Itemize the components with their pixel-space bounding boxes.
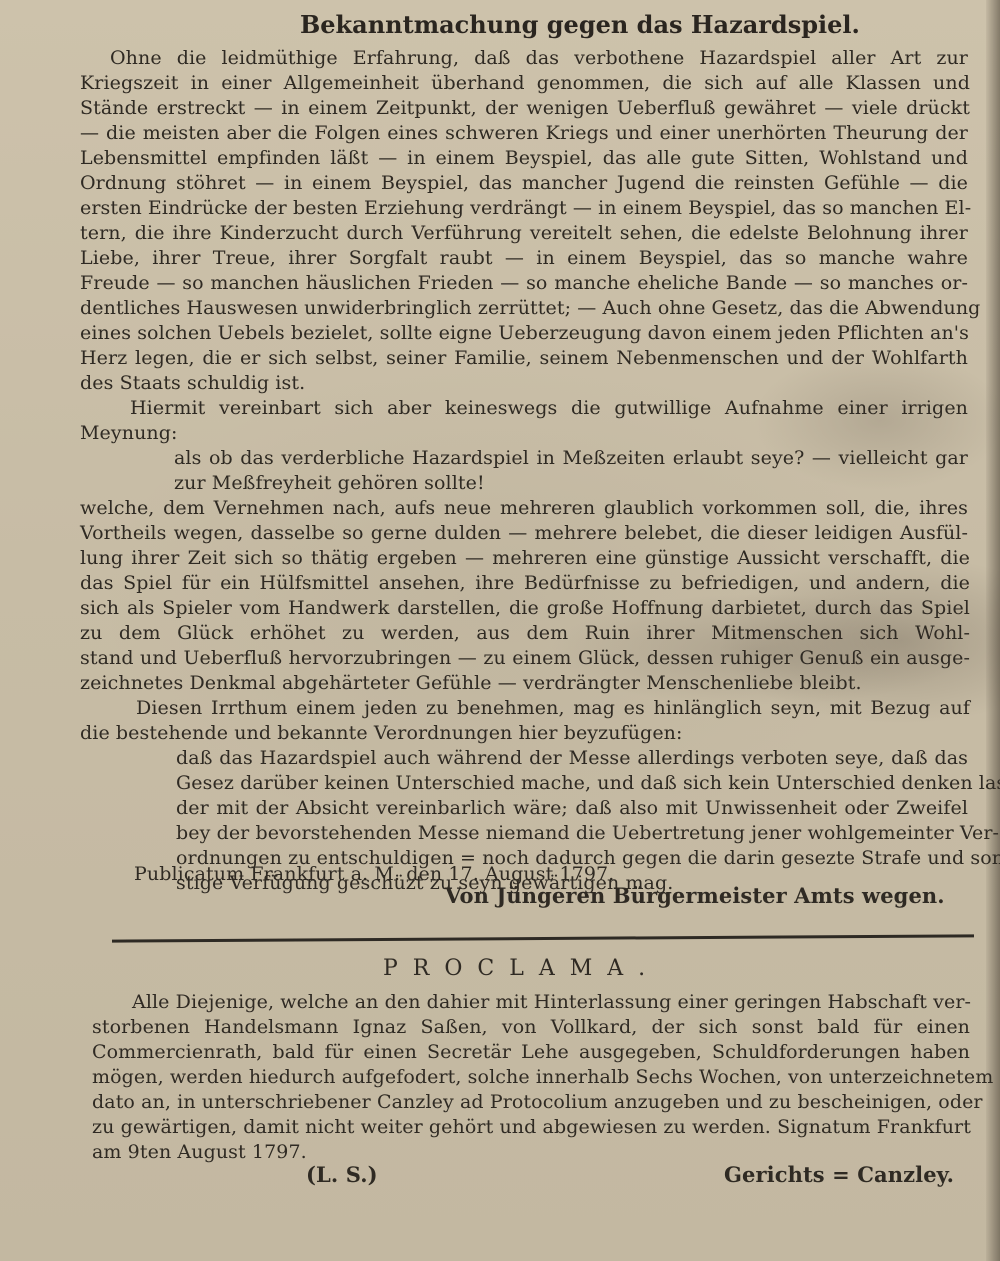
notice-line: Diesen Irrthum einem jeden zu benehmen, … [136, 696, 970, 720]
notice-line: tern, die ihre Kinderzucht durch Verführ… [80, 221, 968, 245]
notice-line: eines solchen Uebels bezielet, sollte ei… [80, 321, 968, 345]
notice-quote-line: bey der bevorstehenden Messe niemand die… [176, 821, 968, 845]
notice-line: Meynung: [80, 421, 178, 445]
notice-title: Bekanntmachung gegen das Hazardspiel. [300, 10, 860, 39]
notice-quote-line: der mit der Absicht vereinbarlich wäre; … [176, 796, 968, 820]
notice-quote-line: Gesez darüber keinen Unterschied mache, … [176, 771, 968, 795]
notice-line: zeichnetes Denkmal abgehärteter Gefühle … [80, 671, 862, 695]
proclama-signature: Gerichts = Canzley. [724, 1163, 954, 1187]
notice-line: ersten Eindrücke der besten Erziehung ve… [80, 196, 968, 220]
notice-line: Ordnung stöhret — in einem Beyspiel, das… [80, 171, 968, 195]
notice-line: dentliches Hauswesen unwiderbringlich ze… [80, 296, 968, 320]
proclama-line: mögen, werden hiedurch aufgefodert, solc… [92, 1065, 970, 1089]
notice-quote-line: daß das Hazardspiel auch während der Mes… [176, 746, 968, 770]
notice-line: Kriegszeit in einer Allgemeinheit überha… [80, 71, 970, 95]
notice-quote-line: zur Meßfreyheit gehören sollte! [174, 471, 485, 495]
notice-line: zu dem Glück erhöhet zu werden, aus dem … [80, 621, 970, 645]
scanned-page: Bekanntmachung gegen das Hazardspiel. Oh… [0, 0, 1000, 1261]
notice-quote-line: als ob das verderbliche Hazardspiel in M… [174, 446, 968, 470]
proclama-line: zu gewärtigen, damit nicht weiter gehört… [92, 1115, 970, 1139]
notice-line: Freude — so manchen häuslichen Frieden —… [80, 271, 968, 295]
notice-line: Liebe, ihrer Treue, ihrer Sorgfalt raubt… [80, 246, 968, 270]
notice-line: Lebensmittel empfinden läßt — in einem B… [80, 146, 968, 170]
notice-line: — die meisten aber die Folgen eines schw… [80, 121, 968, 145]
proclama-line: am 9ten August 1797. [92, 1140, 307, 1164]
notice-line: das Spiel für ein Hülfsmittel ansehen, i… [80, 571, 970, 595]
notice-signature: Von Jüngeren Bürgermeister Amts wegen. [445, 884, 945, 908]
notice-line: lung ihrer Zeit sich so thätig ergeben —… [80, 546, 970, 570]
notice-line: des Staats schuldig ist. [80, 371, 305, 395]
notice-line: Hiermit vereinbart sich aber keineswegs … [130, 396, 968, 420]
proclama-line: Commercienrath, bald für einen Secretär … [92, 1040, 970, 1064]
proclama-title: PROCLAMA. [383, 956, 660, 981]
notice-line: Ohne die leidmüthige Erfahrung, daß das … [110, 46, 968, 70]
notice-line: Stände erstreckt — in einem Zeitpunkt, d… [80, 96, 970, 120]
notice-line: die bestehende und bekannte Verordnungen… [80, 721, 683, 745]
proclama-line: dato an, in unterschriebener Canzley ad … [92, 1090, 970, 1114]
notice-line: welche, dem Vernehmen nach, aufs neue me… [80, 496, 968, 520]
notice-line: sich als Spieler vom Handwerk darstellen… [80, 596, 970, 620]
section-divider [112, 934, 974, 942]
notice-line: Herz legen, die er sich selbst, seiner F… [80, 346, 968, 370]
seal-mark: (L. S.) [306, 1163, 378, 1187]
proclama-line: Alle Diejenige, welche an den dahier mit… [132, 990, 970, 1014]
proclama-line: storbenen Handelsmann Ignaz Saßen, von V… [92, 1015, 970, 1039]
notice-line: stand und Ueberfluß hervorzubringen — zu… [80, 646, 970, 670]
notice-line: Vortheils wegen, dasselbe so gerne dulde… [80, 521, 968, 545]
